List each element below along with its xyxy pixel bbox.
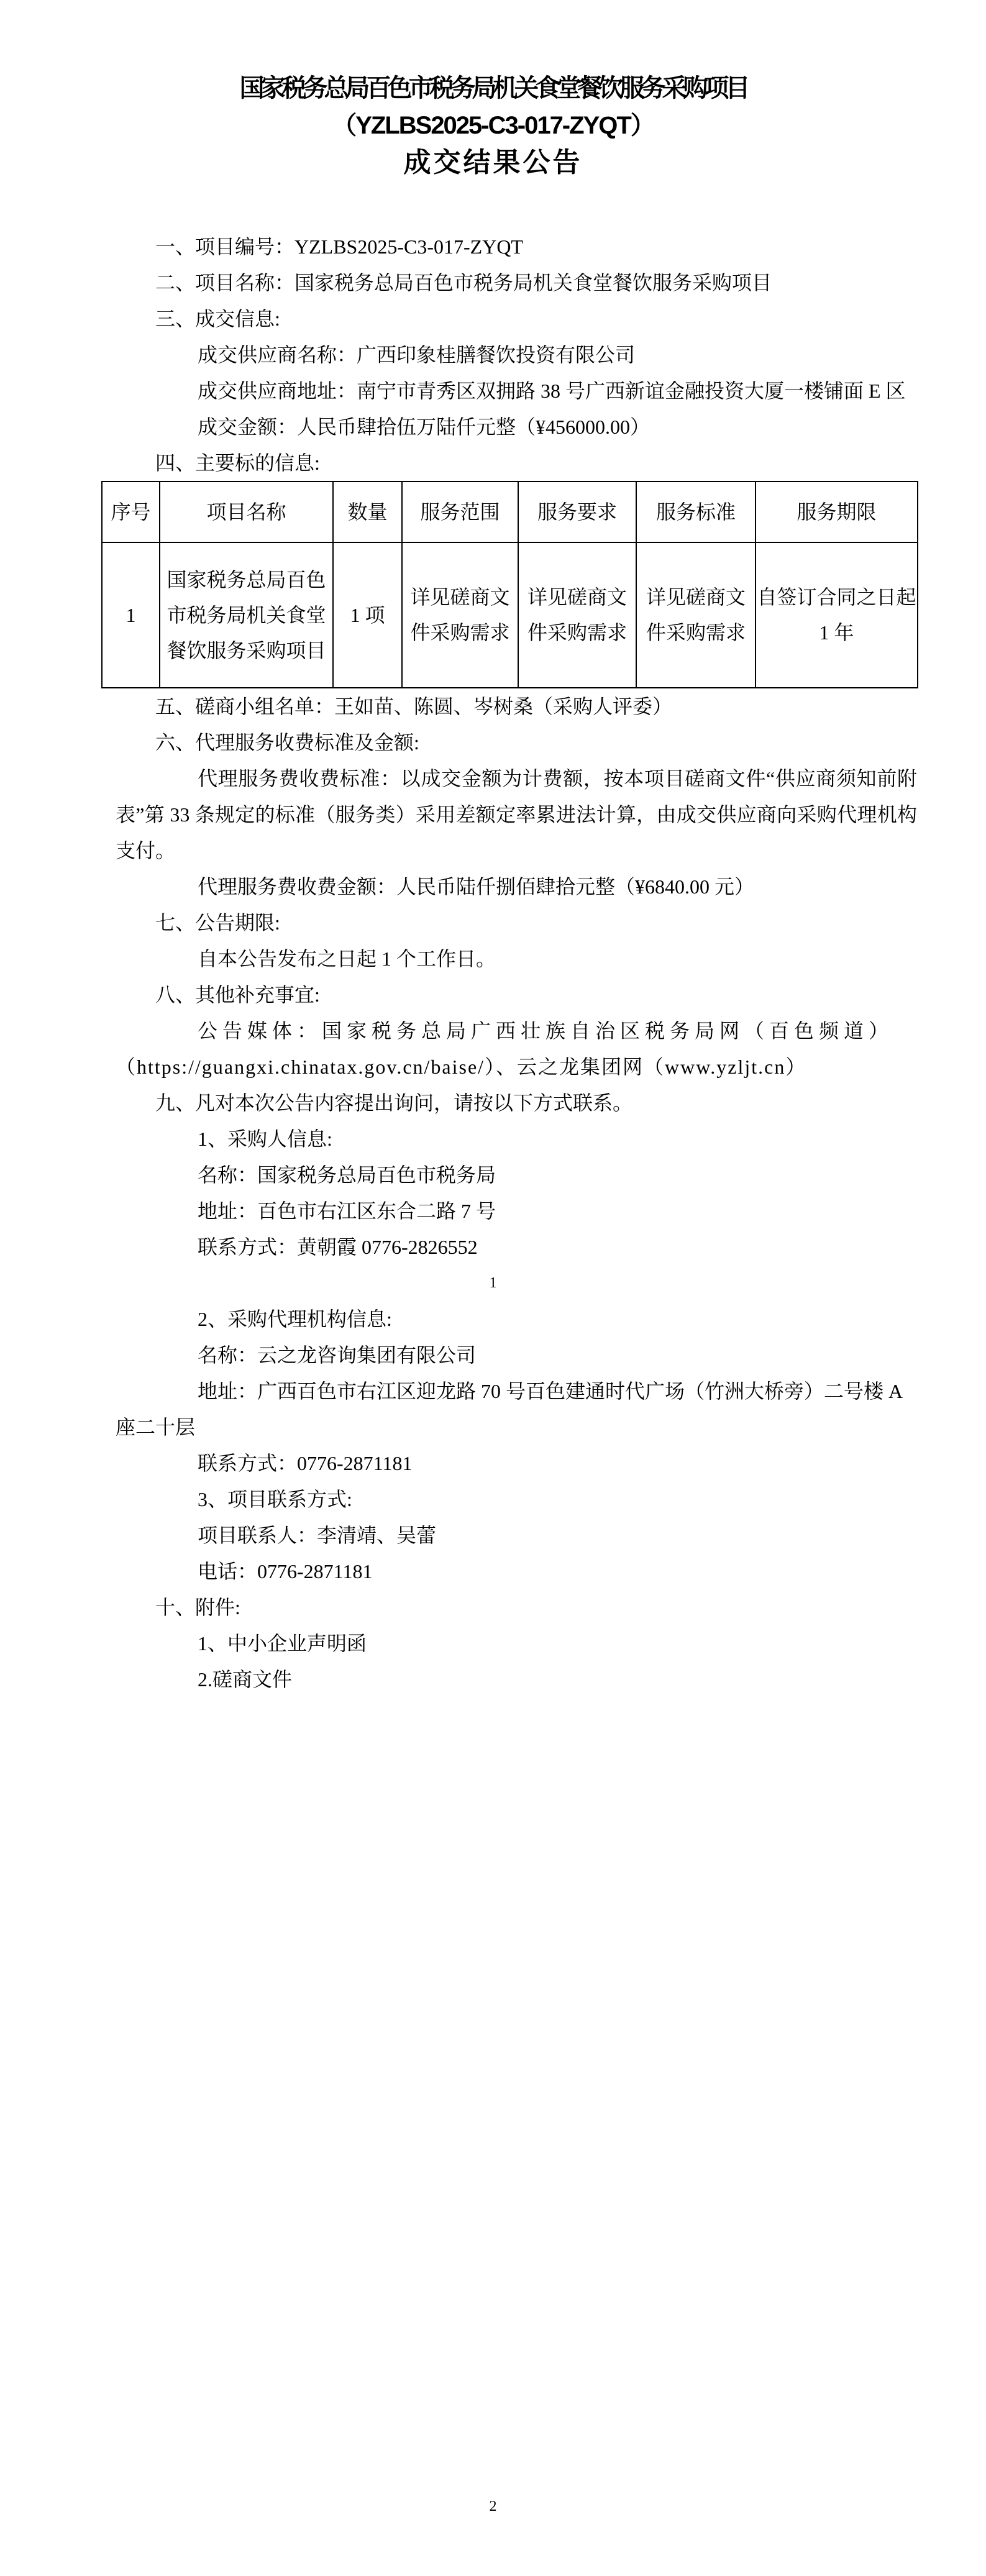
purchaser-contact: 联系方式：黄朝霞 0776-2826552 bbox=[116, 1229, 917, 1265]
agent-address-line2: 座二十层 bbox=[116, 1409, 917, 1445]
cell-seq: 1 bbox=[102, 542, 160, 688]
agency-fee-standard: 代理服务费收费标准：以成交金额为计费额，按本项目磋商文件“供应商须知前附表”第 … bbox=[116, 760, 917, 869]
title-line-2: （YZLBS2025-C3-017-ZYQT） bbox=[0, 107, 986, 144]
supplier-name: 成交供应商名称：广西印象桂膳餐饮投资有限公司 bbox=[116, 337, 917, 373]
document-title: 国家税务总局百色市税务局机关食堂餐饮服务采购项目 （YZLBS2025-C3-0… bbox=[0, 70, 986, 181]
item-project-name: 二、项目名称：国家税务总局百色市税务局机关食堂餐饮服务采购项目 bbox=[116, 265, 917, 301]
cell-project-name: 国家税务总局百色市税务局机关食堂餐饮服务采购项目 bbox=[160, 542, 333, 688]
item-agency-fee-header: 六、代理服务收费标准及金额: bbox=[116, 724, 917, 760]
header-service-term: 服务期限 bbox=[755, 482, 918, 542]
page-number-1: 1 bbox=[0, 1265, 986, 1301]
cell-service-term: 自签订合同之日起 1 年 bbox=[755, 542, 918, 688]
announcement-media-line1: 公告媒体：国家税务总局广西壮族自治区税务局网（百色频道） bbox=[116, 1013, 917, 1049]
cell-quantity: 1 项 bbox=[333, 542, 402, 688]
table-row: 1 国家税务总局百色市税务局机关食堂餐饮服务采购项目 1 项 详见磋商文件采购需… bbox=[102, 542, 918, 688]
header-quantity: 数量 bbox=[333, 482, 402, 542]
agent-contact: 联系方式：0776-2871181 bbox=[116, 1445, 917, 1481]
header-project-name: 项目名称 bbox=[160, 482, 333, 542]
blank-space bbox=[116, 1697, 917, 2488]
agency-fee-amount: 代理服务费收费金额：人民币陆仟捌佰肆拾元整（¥6840.00 元） bbox=[116, 869, 917, 905]
item-inquiry-header: 九、凡对本次公告内容提出询问，请按以下方式联系。 bbox=[116, 1085, 917, 1121]
header-service-requirement: 服务要求 bbox=[518, 482, 636, 542]
item-attachments-header: 十、附件: bbox=[116, 1589, 917, 1625]
agent-name: 名称：云之龙咨询集团有限公司 bbox=[116, 1337, 917, 1373]
project-contact-names: 项目联系人：李清靖、吴蕾 bbox=[116, 1517, 917, 1553]
item-other-matters-header: 八、其他补充事宜: bbox=[116, 977, 917, 1013]
award-amount: 成交金额：人民币肆拾伍万陆仟元整（¥456000.00） bbox=[116, 409, 917, 445]
main-subject-table: 序号 项目名称 数量 服务范围 服务要求 服务标准 服务期限 1 国家税务总局百… bbox=[101, 481, 918, 688]
purchaser-name: 名称：国家税务总局百色市税务局 bbox=[116, 1157, 917, 1193]
header-service-standard: 服务标准 bbox=[636, 482, 755, 542]
attachment-2: 2.磋商文件 bbox=[116, 1661, 917, 1697]
title-line-1: 国家税务总局百色市税务局机关食堂餐饮服务采购项目 bbox=[0, 70, 986, 107]
agent-address-line1: 地址：广西百色市右江区迎龙路 70 号百色建通时代广场（竹洲大桥旁）二号楼 A bbox=[116, 1373, 917, 1409]
cell-service-standard: 详见磋商文件采购需求 bbox=[636, 542, 755, 688]
project-contact-phone: 电话：0776-2871181 bbox=[116, 1553, 917, 1589]
header-service-scope: 服务范围 bbox=[402, 482, 518, 542]
agent-info-header: 2、采购代理机构信息: bbox=[116, 1301, 917, 1337]
purchaser-address: 地址：百色市右江区东合二路 7 号 bbox=[116, 1193, 917, 1229]
table-header-row: 序号 项目名称 数量 服务范围 服务要求 服务标准 服务期限 bbox=[102, 482, 918, 542]
cell-service-scope: 详见磋商文件采购需求 bbox=[402, 542, 518, 688]
item-notice-period-header: 七、公告期限: bbox=[116, 905, 917, 941]
attachment-1: 1、中小企业声明函 bbox=[116, 1625, 917, 1661]
cell-service-requirement: 详见磋商文件采购需求 bbox=[518, 542, 636, 688]
item-panel-list: 五、磋商小组名单：王如苗、陈圆、岑树桑（采购人评委） bbox=[116, 688, 917, 724]
header-seq: 序号 bbox=[102, 482, 160, 542]
project-contact-header: 3、项目联系方式: bbox=[116, 1481, 917, 1517]
item-project-number: 一、项目编号：YZLBS2025-C3-017-ZYQT bbox=[116, 229, 917, 265]
title-line-3: 成交结果公告 bbox=[0, 144, 986, 181]
page-number-2: 2 bbox=[0, 2488, 986, 2524]
supplier-address: 成交供应商地址：南宁市青秀区双拥路 38 号广西新谊金融投资大厦一楼铺面 E 区 bbox=[116, 373, 917, 409]
item-award-info-header: 三、成交信息: bbox=[116, 301, 917, 337]
item-main-subject-header: 四、主要标的信息: bbox=[116, 445, 917, 481]
announcement-media-line2: （https://guangxi.chinatax.gov.cn/baise/）… bbox=[116, 1049, 917, 1085]
notice-period: 自本公告发布之日起 1 个工作日。 bbox=[116, 941, 917, 977]
purchaser-info-header: 1、采购人信息: bbox=[116, 1121, 917, 1157]
document-page: 国家税务总局百色市税务局机关食堂餐饮服务采购项目 （YZLBS2025-C3-0… bbox=[0, 0, 986, 2576]
